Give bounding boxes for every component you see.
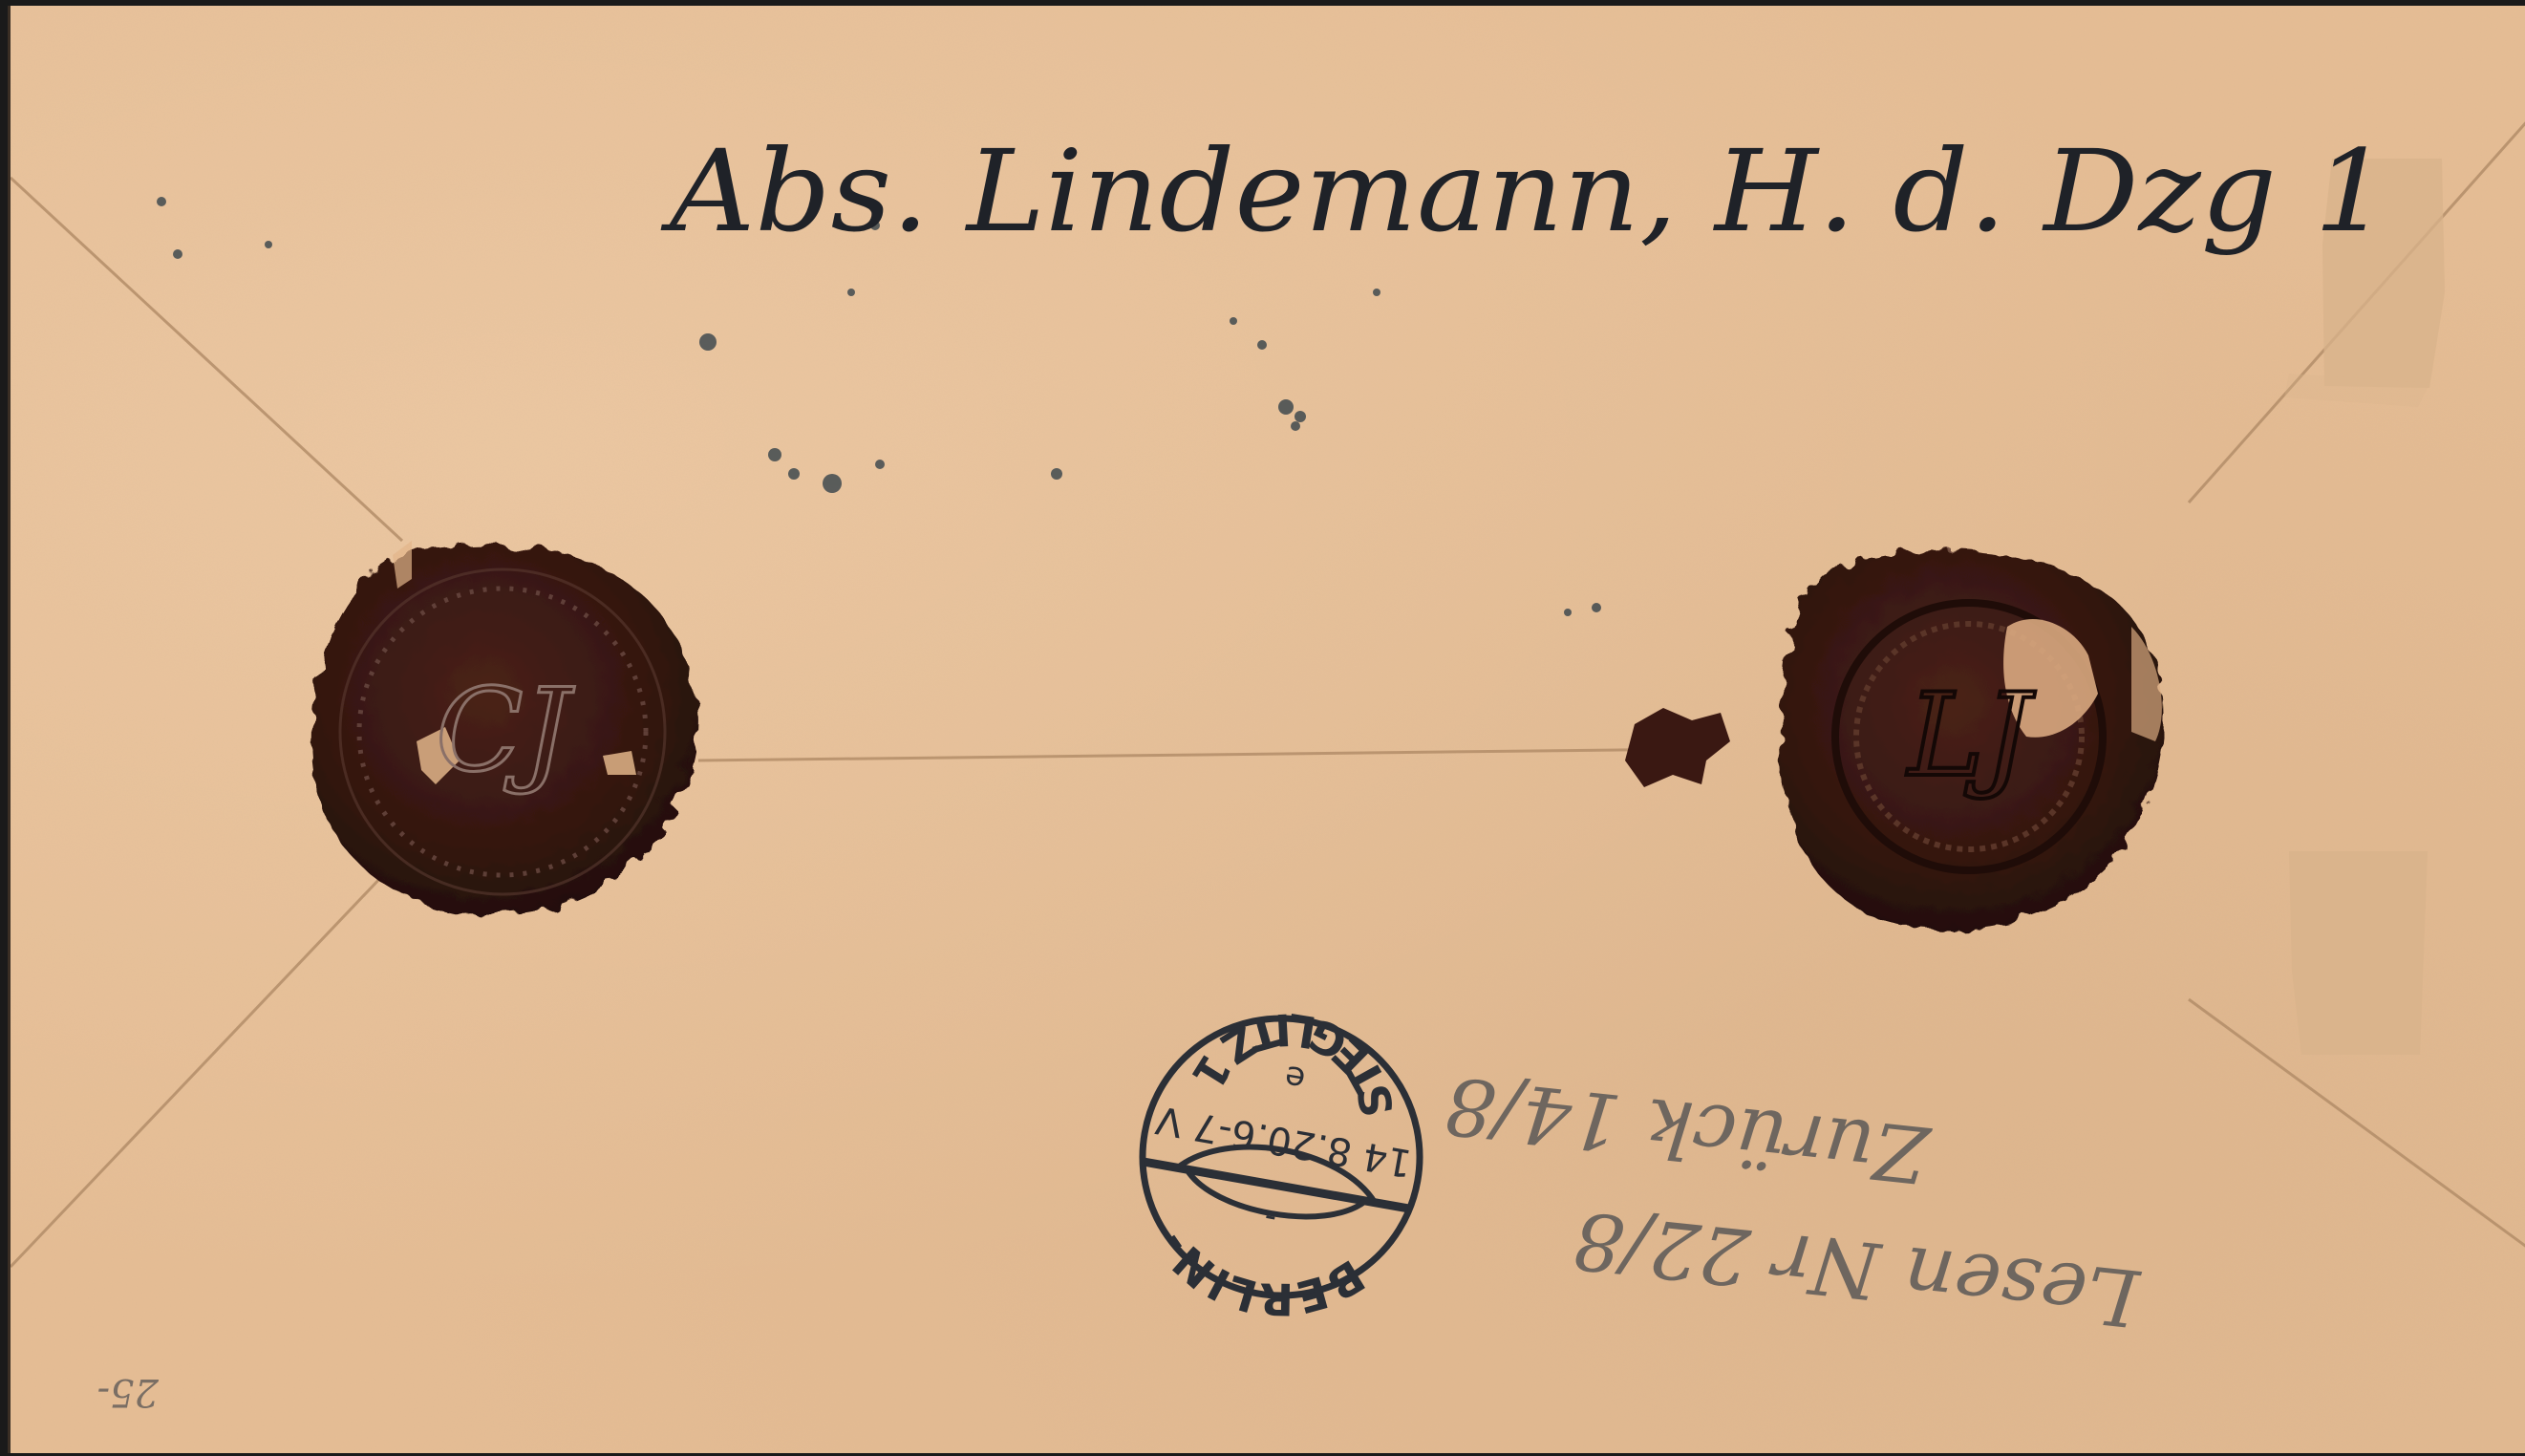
sender-handwriting: Abs. Lindemann, H. d. Dzg 1	[661, 125, 2389, 257]
envelope-drawing: CJ LJ Abs. Lindemann, H. d. Dzg 1 BERLIN…	[11, 6, 2525, 1453]
envelope-back: CJ LJ Abs. Lindemann, H. d. Dzg 1 BERLIN…	[8, 6, 2525, 1453]
corner-note: 25-	[97, 1370, 160, 1414]
left-seal-monogram: CJ	[436, 665, 575, 798]
right-seal-monogram: LJ	[1906, 670, 2036, 803]
